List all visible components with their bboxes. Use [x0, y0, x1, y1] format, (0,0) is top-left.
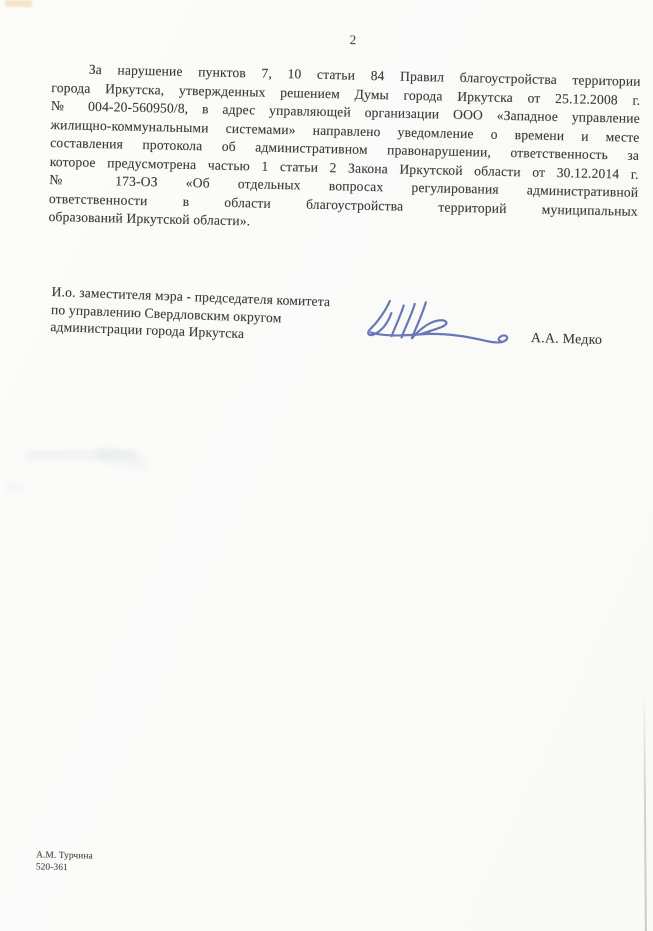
executor-name: А.М. Турчина: [36, 850, 93, 863]
scan-bleedthrough-mark: [4, 482, 26, 492]
scan-corner-smudge: [5, 0, 32, 7]
signer-name: А.А. Медко: [531, 330, 603, 348]
executor-phone: 520-361: [36, 862, 93, 875]
handwritten-signature-ink: [363, 293, 527, 359]
document-page: 2 За нарушение пунктов 7, 10 статьи 84 П…: [0, 0, 653, 931]
body-paragraph: За нарушение пунктов 7, 10 статьи 84 Пра…: [48, 60, 640, 239]
signature-position-title: И.о. заместителя мэра - председателя ком…: [50, 283, 392, 348]
scan-page-edge-line: [643, 686, 647, 931]
executor-footer: А.М. Турчина 520-361: [36, 850, 93, 874]
page-number: 2: [340, 32, 366, 48]
